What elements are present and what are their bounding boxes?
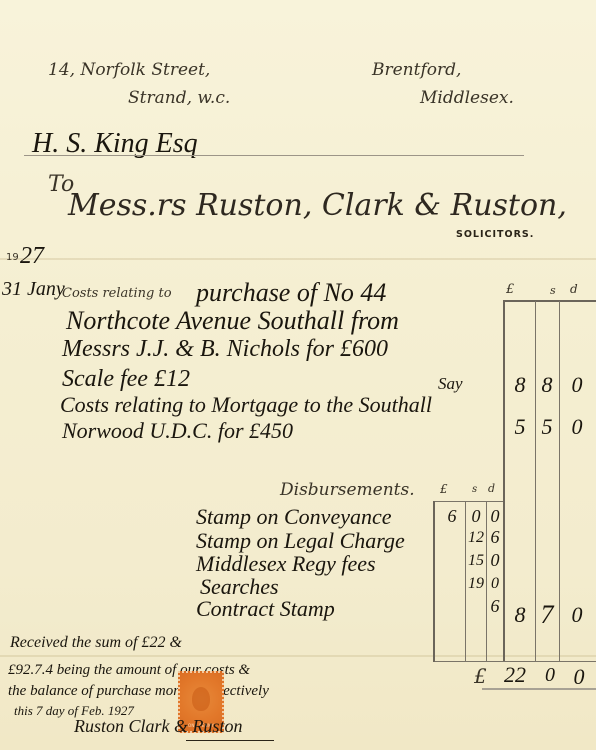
entry-line6: Norwood U.D.C. for £450 <box>62 418 293 444</box>
entry-line5: Costs relating to Mortgage to the Southa… <box>60 392 432 418</box>
disb-total-pounds: 8 <box>506 602 534 628</box>
disb-pence: 6 <box>487 527 503 548</box>
disbursement-label: Stamp on Conveyance <box>196 504 392 530</box>
fold-crease <box>0 655 596 657</box>
disb-shillings: 15 <box>466 552 486 570</box>
firm-name: Mess.rs Ruston, Clark & Ruston, <box>68 188 567 223</box>
address-left-line2: Strand, w.c. <box>128 88 230 108</box>
col-header-pounds: £ <box>506 282 514 297</box>
addressee-rule <box>24 155 524 156</box>
address-right-line1: Brentford, <box>372 60 461 80</box>
disb-col-line <box>433 501 435 662</box>
receipt-signature: Ruston Clark & Ruston <box>74 716 243 737</box>
disb-pence: 0 <box>487 575 503 593</box>
entry-note-say: Say <box>438 374 463 394</box>
ledger-col-line <box>559 301 560 662</box>
disb-pence: 6 <box>487 596 503 617</box>
firm-role: SOLICITORS. <box>456 229 534 240</box>
entry-line3: Messrs J.J. & B. Nichols for £600 <box>62 336 388 363</box>
receipt-line1: Received the sum of £22 & <box>10 634 182 652</box>
amount-shillings: 8 <box>536 372 558 398</box>
entry-date: 31 Jany <box>2 278 65 301</box>
disb-shillings: 12 <box>466 529 486 547</box>
amount-pence: 0 <box>562 414 592 440</box>
grand-total-pounds: 22 <box>500 662 530 688</box>
grand-total-pence: 0 <box>566 664 592 690</box>
year-suffix: 27 <box>20 243 44 270</box>
disb-shillings: 0 <box>466 506 486 527</box>
signature-underline <box>186 740 274 741</box>
disb-total-pence: 0 <box>562 602 592 628</box>
entry-line4: Scale fee £12 <box>62 366 190 393</box>
disb-header-pence: d <box>488 482 495 495</box>
amount-pence: 0 <box>562 372 592 398</box>
disbursement-label: Contract Stamp <box>196 596 335 622</box>
amount-pounds: 5 <box>506 414 534 440</box>
disb-top-rule <box>433 501 503 502</box>
disb-pounds: 6 <box>440 506 464 527</box>
disb-pence: 0 <box>487 550 503 571</box>
entry-line2: Northcote Avenue Southall from <box>66 306 399 336</box>
address-right-line2: Middlesex. <box>420 88 514 108</box>
ledger-col-line <box>503 300 505 662</box>
col-header-pence: d <box>570 282 578 296</box>
receipt-line3: the balance of purchase money respective… <box>8 683 269 700</box>
king-portrait-icon <box>192 687 210 711</box>
disb-shillings: 19 <box>466 575 486 593</box>
invoice-paper: 14, Norfolk Street, Strand, w.c. Brentfo… <box>0 0 596 750</box>
disb-header-pounds: £ <box>440 482 448 496</box>
col-header-shillings: s <box>550 284 556 297</box>
grand-total-rule <box>482 688 596 690</box>
fold-crease <box>0 258 596 260</box>
entry-line1: purchase of No 44 <box>196 278 386 308</box>
disbursements-title: Disbursements. <box>280 480 415 500</box>
amount-shillings: 5 <box>536 414 558 440</box>
printed-prefix: Costs relating to <box>62 286 172 301</box>
ledger-top-rule <box>503 300 596 302</box>
year-prefix: 19 <box>6 252 19 263</box>
disb-pence: 0 <box>487 506 503 527</box>
grand-total-shillings: 0 <box>540 664 560 687</box>
disb-header-shillings: s <box>472 484 477 495</box>
disb-total-shillings: 7 <box>536 600 558 630</box>
address-left-line1: 14, Norfolk Street, <box>48 60 210 80</box>
grand-total-currency: £ <box>474 664 487 688</box>
amount-pounds: 8 <box>506 372 534 398</box>
